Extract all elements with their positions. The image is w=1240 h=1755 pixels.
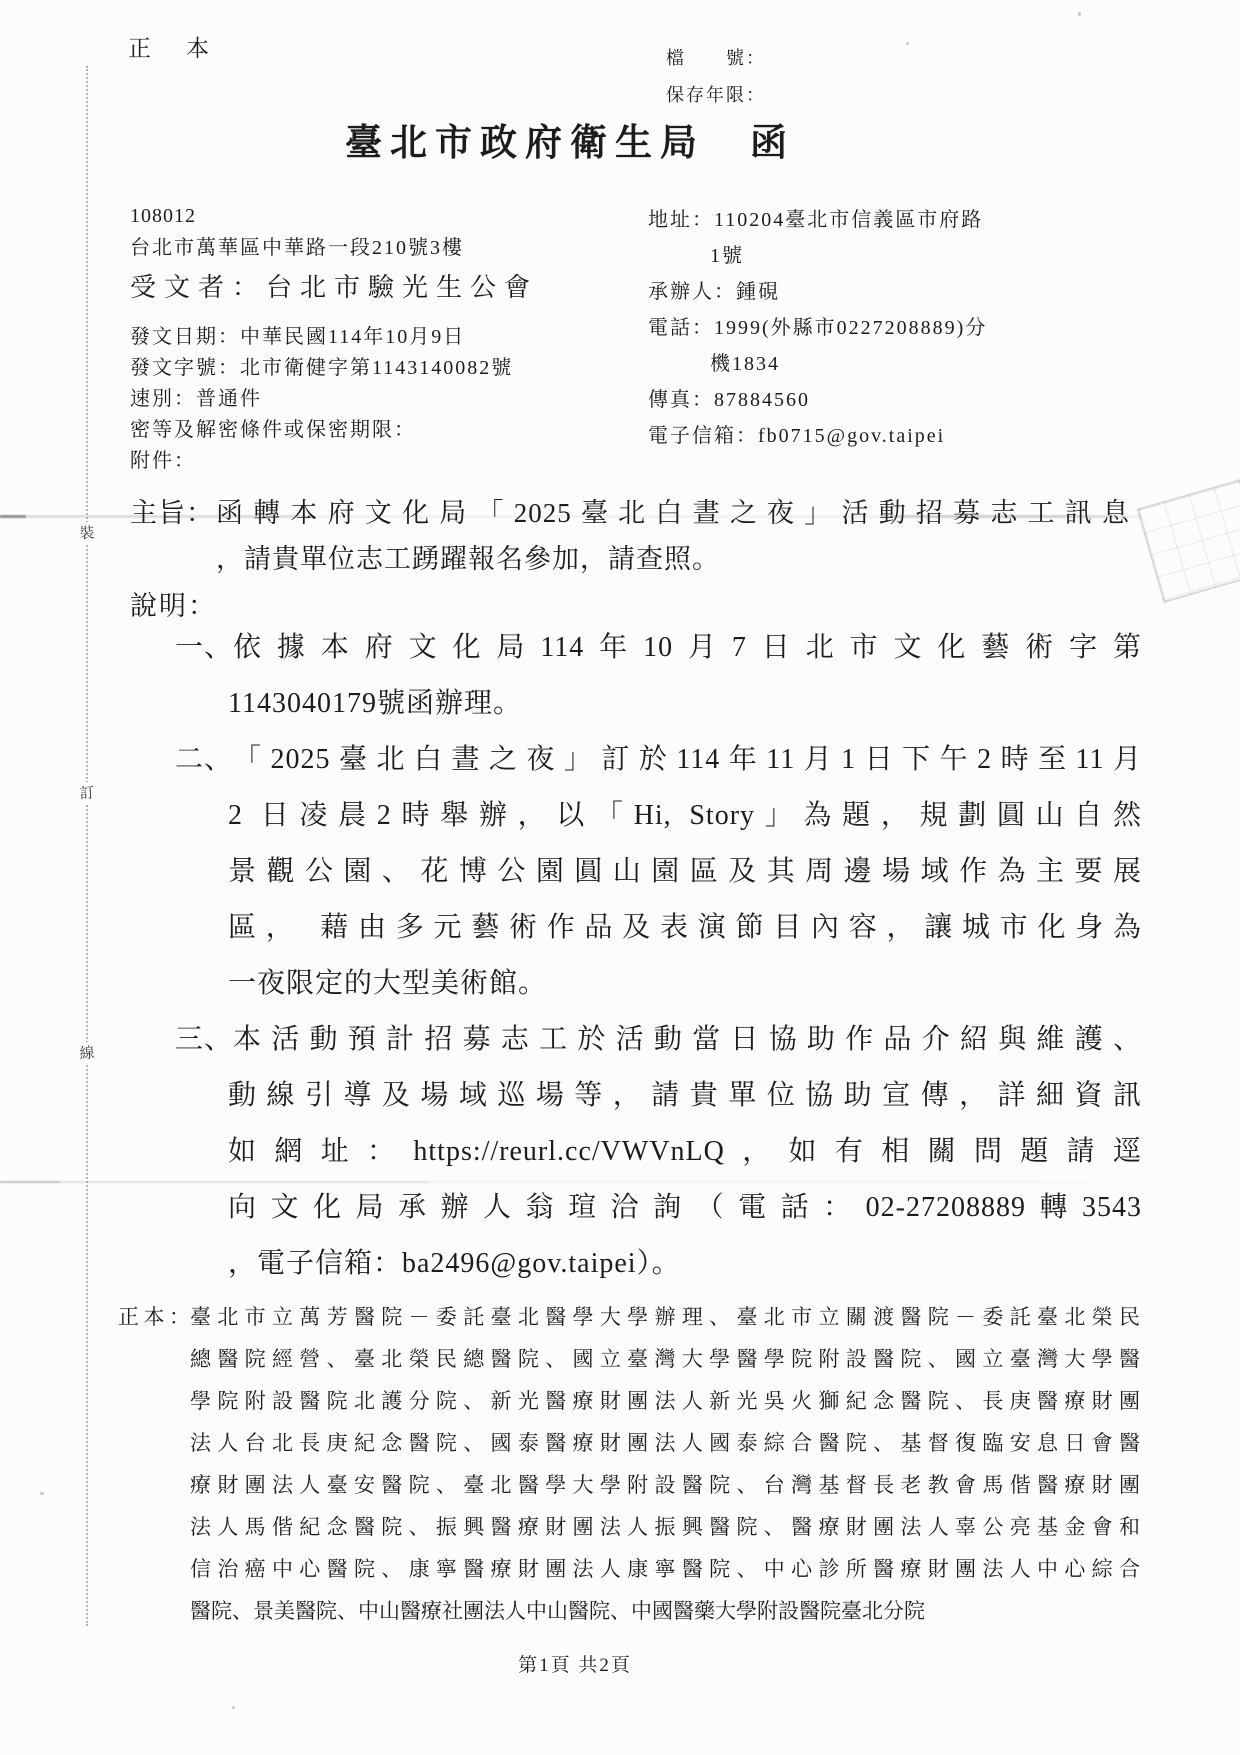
archive-no-label: 檔 號： <box>666 40 766 77</box>
issue-date-line: 發文日期：中華民國114年10月9日 <box>130 322 513 353</box>
item-text-line: 一夜限定的大型美術館。 <box>130 956 1142 1012</box>
recipient-address: 台北市萬華區中華路一段210號3樓 <box>130 232 538 265</box>
issue-number-line: 發文字號：北市衛健字第1143140082號 <box>130 353 513 384</box>
recipient-code: 108012 <box>130 200 538 232</box>
attachment-line: 附件： <box>130 446 513 477</box>
phone-line: 電話：1999(外縣市0227208889)分 <box>648 310 1118 346</box>
item-number: 一、 <box>175 620 233 676</box>
binding-mark-xian: 線 <box>71 1041 102 1064</box>
binding-dotted-line <box>86 66 88 1626</box>
item-number: 三、 <box>175 1012 233 1068</box>
security-line: 密等及解密條件或保密期限： <box>130 415 513 446</box>
copies-line: 療財團法人臺安醫院、臺北醫學大學附設醫院、台灣基督長老教會馬偕醫療財團 <box>118 1464 1140 1506</box>
phone-line2: 機1834 <box>648 346 1118 382</box>
copies-line: 臺北市立萬芳醫院－委託臺北醫學大學辦理、臺北市立關渡醫院－委託臺北榮民 <box>190 1296 1140 1338</box>
item-text-line: 向文化局承辦人翁瑄洽詢（電話：02-27208889轉3543 <box>130 1180 1142 1236</box>
subject-block: 主旨： 函轉本府文化局「2025臺北白晝之夜」活動招募志工訊息 ，請貴單位志工踴… <box>130 490 1130 582</box>
copies-line: 法人馬偕紀念醫院、振興醫療財團法人振興醫院、醫療財團法人辜公亮基金會和 <box>118 1506 1140 1548</box>
recipient-name-line: 受文者：台北市驗光生公會 <box>130 267 538 309</box>
meta-left-block: 發文日期：中華民國114年10月9日 發文字號：北市衛健字第1143140082… <box>130 322 513 477</box>
scan-speck <box>232 1706 235 1709</box>
item-text-line: 2 日凌晨2時舉辦，以「Hi, Story」為題，規劃圓山自然 <box>130 788 1142 844</box>
scan-speck <box>906 42 909 45</box>
item-text-line: ，電子信箱：ba2496@gov.taipei）。 <box>130 1236 1142 1292</box>
meta-right-block: 地址：110204臺北市信義區市府路 1號 承辦人：鍾硯 電話：1999(外縣市… <box>648 202 1118 454</box>
page-number-footer: 第1頁 共2頁 <box>0 1650 1240 1677</box>
explanation-item-1: 一、 依據本府文化局114年10月7日北市文化藝術字第 1143040179號函… <box>130 620 1142 732</box>
copies-line: 學院附設醫院北護分院、新光醫療財團法人新光吳火獅紀念醫院、長庚醫療財團 <box>118 1380 1140 1422</box>
item-text-line: 依據本府文化局114年10月7日北市文化藝術字第 <box>233 620 1142 676</box>
document-title: 臺北市政府衛生局 函 <box>0 112 1240 166</box>
item-text-line: 「2025臺北白晝之夜」訂於114年11月1日下午2時至11月 <box>233 732 1142 788</box>
copies-line: 信治癌中心醫院、康寧醫療財團法人康寧醫院、中心診所醫療財團法人中心綜合 <box>118 1548 1140 1590</box>
speed-line: 速別：普通件 <box>130 384 513 415</box>
subject-line1: 函轉本府文化局「2025臺北白晝之夜」活動招募志工訊息 <box>216 490 1130 536</box>
archive-block: 檔 號： 保存年限： <box>666 40 766 114</box>
sender-address-line2: 1號 <box>648 238 1118 274</box>
copies-line: 醫院、景美醫院、中山醫療社團法人中山醫院、中國醫藥大學附設醫院臺北分院 <box>118 1590 1140 1632</box>
item-text-line: 如網址：https://reurl.cc/VWVnLQ，如有相關問題請逕 <box>130 1124 1142 1180</box>
sender-address-line: 地址：110204臺北市信義區市府路 <box>648 202 1118 238</box>
scan-speck <box>40 1492 44 1495</box>
scanned-official-letter: 裝 訂 線 正 本 檔 號： 保存年限： 臺北市政府衛生局 函 108012 台… <box>0 0 1240 1755</box>
binding-mark-zhuang: 裝 <box>71 521 102 544</box>
faint-receipt-stamp <box>1137 479 1240 603</box>
subject-line2: ，請貴單位志工踴躍報名參加，請查照。 <box>130 536 1130 582</box>
email-line: 電子信箱：fb0715@gov.taipei <box>648 418 1118 454</box>
item-text-line: 景觀公園、花博公園圓山園區及其周邊場域作為主要展 <box>130 844 1142 900</box>
binding-mark-ding: 訂 <box>71 781 102 804</box>
item-text-line: 1143040179號函辦理。 <box>130 676 1142 732</box>
subject-label: 主旨： <box>130 490 216 536</box>
explanation-item-2: 二、 「2025臺北白晝之夜」訂於114年11月1日下午2時至11月 2 日凌晨… <box>130 732 1142 1012</box>
retention-label: 保存年限： <box>666 77 766 114</box>
scan-speck <box>1078 12 1081 16</box>
copies-line: 法人台北長庚紀念醫院、國泰醫療財團法人國泰綜合醫院、基督復臨安息日會醫 <box>118 1422 1140 1464</box>
item-text-line: 本活動預計招募志工於活動當日協助作品介紹與維護、 <box>233 1012 1142 1068</box>
copies-line: 總醫院經營、臺北榮民總醫院、國立臺灣大學醫學院附設醫院、國立臺灣大學醫 <box>118 1338 1140 1380</box>
contact-person-line: 承辦人：鍾硯 <box>648 274 1118 310</box>
copies-label: 正本： <box>118 1296 190 1338</box>
explanation-items: 一、 依據本府文化局114年10月7日北市文化藝術字第 1143040179號函… <box>130 620 1142 1292</box>
explanation-label: 說明： <box>130 584 217 623</box>
item-text-line: 區， 藉由多元藝術作品及表演節目內容，讓城市化身為 <box>130 900 1142 956</box>
recipient-block: 108012 台北市萬華區中華路一段210號3樓 受文者：台北市驗光生公會 <box>130 200 538 309</box>
item-number: 二、 <box>175 732 233 788</box>
item-text-line: 動線引導及場域巡場等，請貴單位協助宣傳，詳細資訊 <box>130 1068 1142 1124</box>
copies-block: 正本： 臺北市立萬芳醫院－委託臺北醫學大學辦理、臺北市立關渡醫院－委託臺北榮民 … <box>118 1296 1140 1632</box>
explanation-item-3: 三、 本活動預計招募志工於活動當日協助作品介紹與維護、 動線引導及場域巡場等，請… <box>130 1012 1142 1292</box>
fax-line: 傳真：87884560 <box>648 382 1118 418</box>
copy-type-label: 正 本 <box>128 30 215 63</box>
